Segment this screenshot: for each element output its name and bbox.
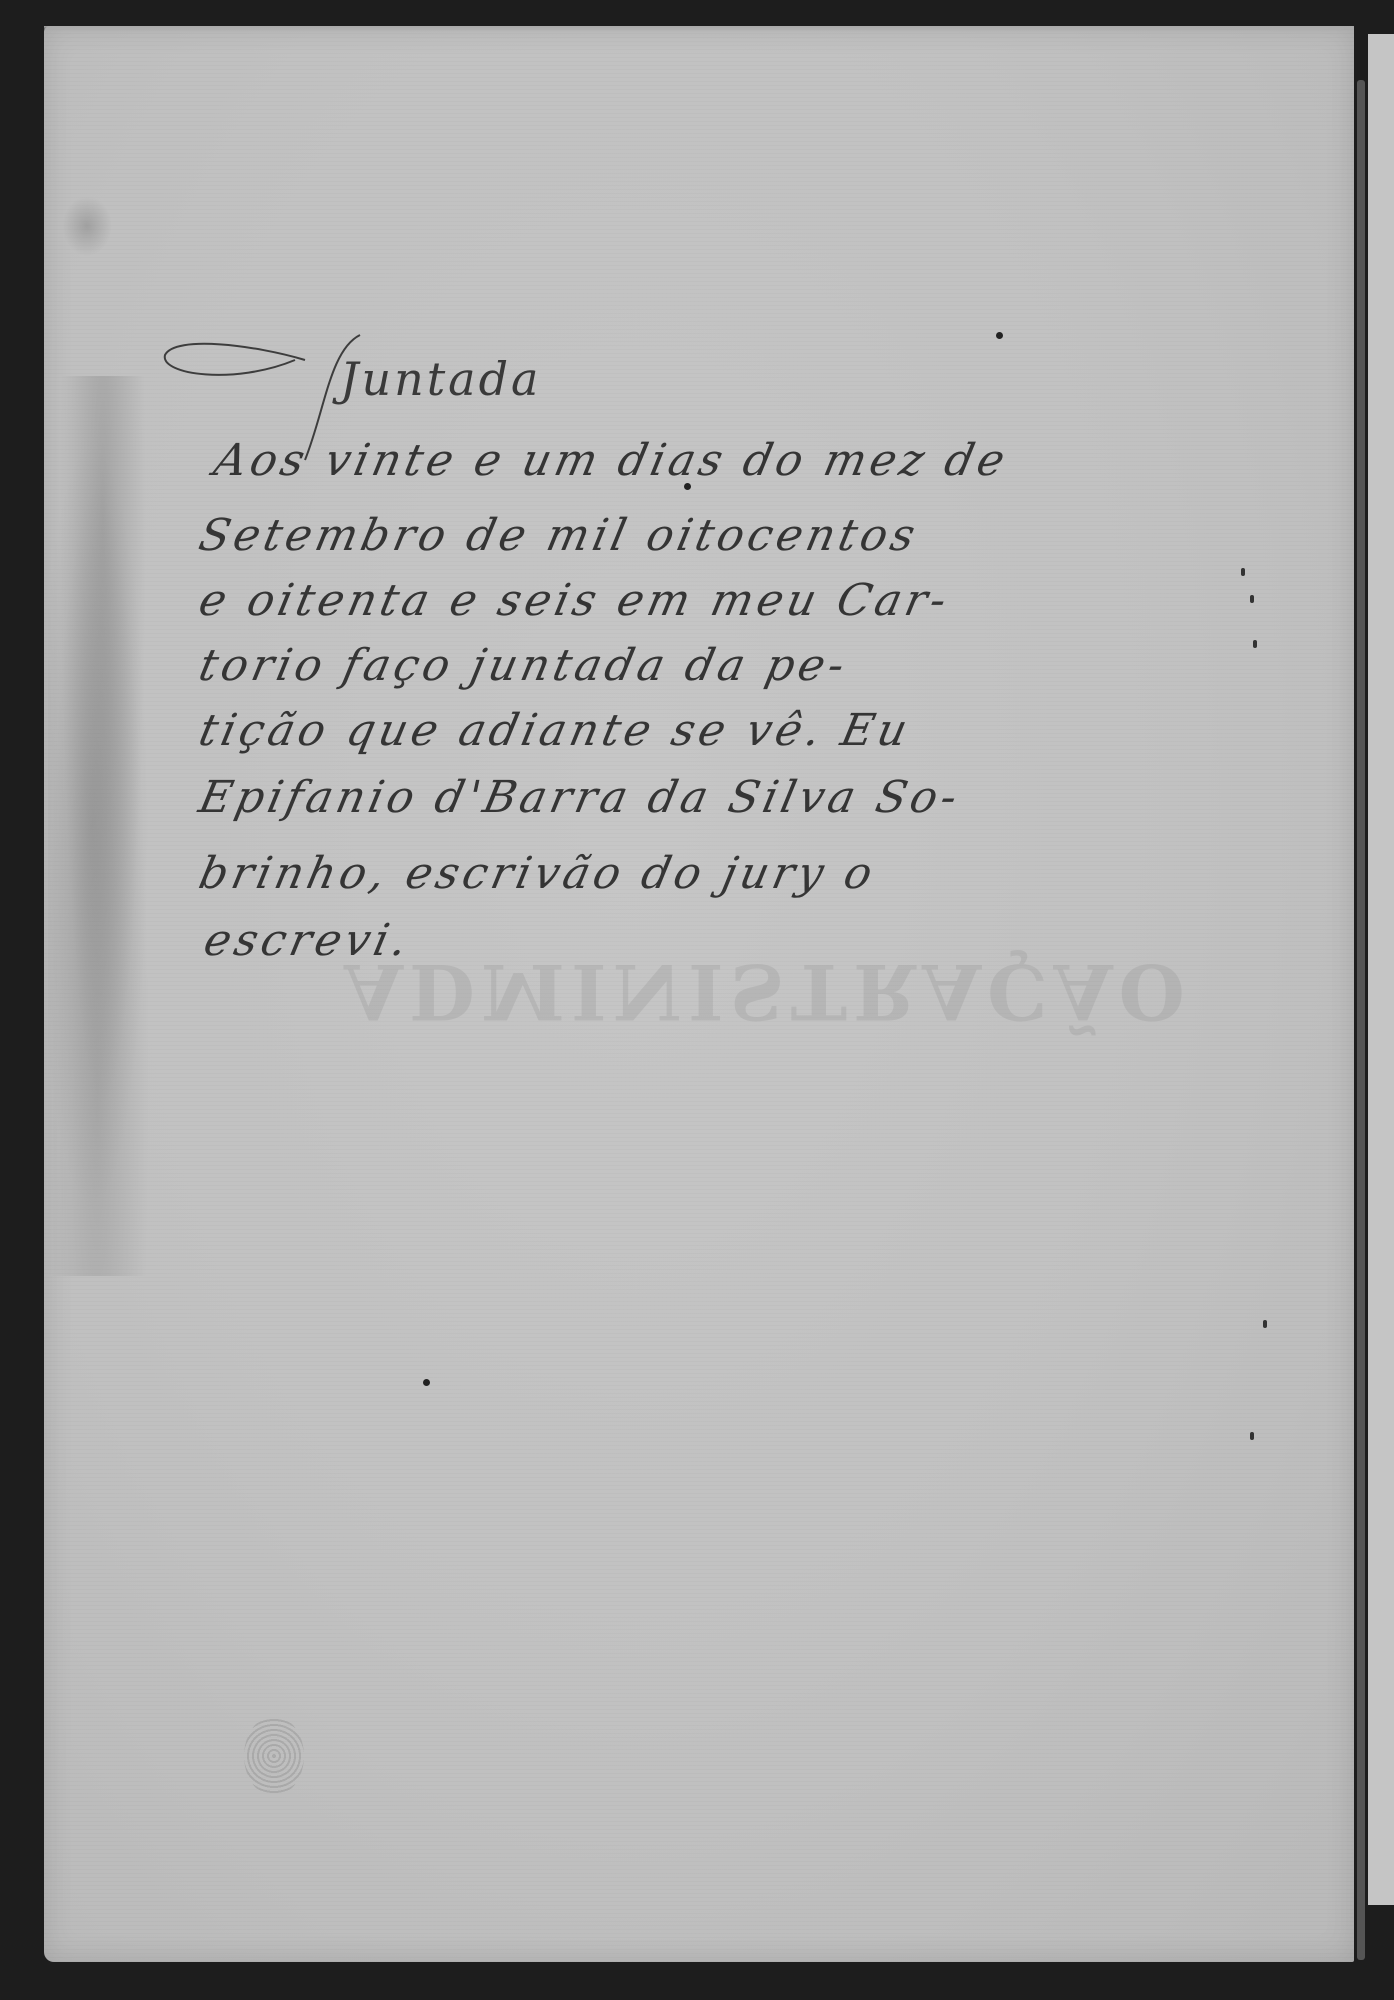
text-line-2: Setembro de mil oitocentos	[195, 510, 924, 561]
manuscript-text: Juntada Aos vinte e um dias do mez de Se…	[0, 0, 1394, 2000]
document-heading: Juntada	[340, 352, 541, 406]
text-line-6: Epifanio d'Barra da Silva So-	[195, 772, 966, 823]
text-line-5: tição que adiante se vê. Eu	[195, 705, 916, 756]
text-line-1: Aos vinte e um dias do mez de	[210, 435, 1014, 486]
text-line-3: e oitenta e seis em meu Car-	[195, 575, 955, 626]
text-line-4: torio faço juntada da pe-	[195, 640, 853, 691]
text-line-7: brinho, escrivão do jury o	[195, 848, 881, 899]
text-line-8: escrevi.	[200, 915, 416, 966]
